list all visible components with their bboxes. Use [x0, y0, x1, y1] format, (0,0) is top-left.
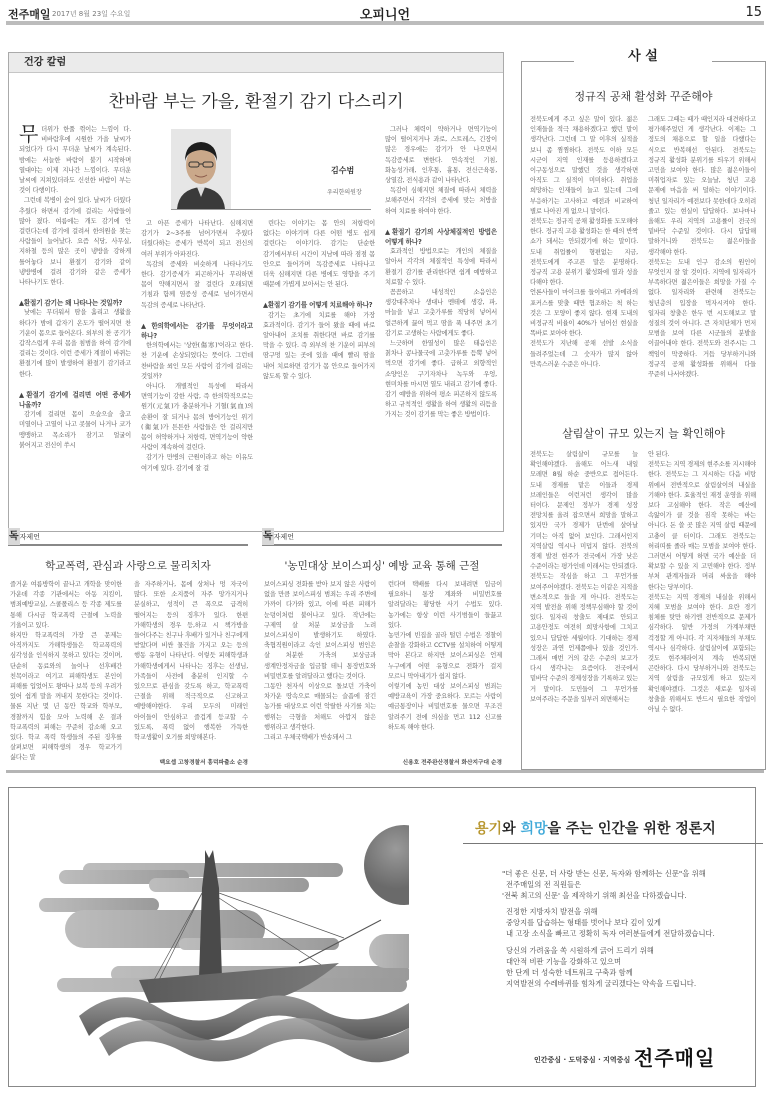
author-photo — [171, 129, 231, 209]
ship-illustration-icon — [9, 788, 409, 1086]
ad-paragraph: "더 좋은 신문, 더 사랑 받는 신문, 독자와 함께하는 신문"을 위해 전… — [502, 868, 762, 901]
reader-2-col-1: 보이스피싱 전화를 받아 보지 않은 사람이 없을 만큼 보이스피싱 범죄는 우… — [264, 580, 376, 766]
reader-2-signature: 신용호 전주완산경찰서 화산지구대 순경 — [380, 757, 502, 766]
health-column-label: 건강 칼럼 — [9, 53, 503, 73]
editorial-2-col-2: 안 된다. 전북도는 지역 경제의 현주소를 지시해야 한다. 전북도는 그 지… — [648, 450, 756, 762]
subheading: ▲환절기 감기를 어떻게 치료해야 하나? — [263, 300, 375, 310]
reader-1-signature: 백요셉 고창경찰서 흥덕파출소 순경 — [134, 757, 248, 766]
editorial-1-col-2: 그래도 그때는 때가 때인지라 대견하다고 평가해주었던 게 생각난다. 이제는… — [648, 115, 756, 415]
masthead-rule — [6, 21, 764, 25]
reader-2-col-2: 런다며 택배를 다시 보내려면 입금이 필요하니 통장 계좌와 비밀번호를 알려… — [388, 580, 502, 756]
editorial-title-1: 정규직 공채 활성화 꾸준해야 — [521, 88, 766, 104]
health-col-3: 린다는 이야기는 몸 안의 저항력이 없다는 이야기며 다른 어떤 병도 쉽게 … — [263, 219, 375, 527]
portrait-icon — [171, 129, 231, 209]
ad-slogan: 인간중심 · 도덕중심 · 지역중심 — [534, 1055, 630, 1065]
reader-column-label: 독자제언 — [262, 528, 502, 546]
ad-headline: 용기와 희망을 주는 인간을 위한 정론지 — [475, 818, 716, 838]
editorial-2-col-1: 전북도는 살림살이 규모를 늘 확인해야겠다. 올해도 어느새 내일 모레면 8… — [530, 450, 638, 762]
health-column: 건강 칼럼 찬바람 부는 가을, 환절기 감기 다스리기 무더위가 한풀 꺾이는… — [8, 52, 504, 532]
ad-logo: 전주매일 — [634, 1042, 715, 1071]
author-rule — [171, 209, 371, 210]
health-col-2: 고 아픈 증세가 나타난다. 심해지면 감기가 2~3주를 넘어가면서 추웠다 … — [141, 219, 253, 527]
editorial-label: 사 설 — [574, 45, 712, 64]
reader-column-title: 학교폭력, 관심과 사랑으로 물리치자 — [8, 558, 248, 573]
subheading: ▲환절기 감기에 걸리면 어떤 증세가 나올까? — [19, 390, 131, 410]
reader-1-col-1: 즐거운 여름방학이 끝나고 개학을 맞이한 가운데 각종 기관에서는 아동 지킴… — [10, 580, 122, 766]
section-rule — [6, 770, 764, 773]
subheading: ▲한의학에서는 감기를 무엇이라고 하나? — [141, 321, 253, 341]
ad-body: "더 좋은 신문, 더 사랑 받는 신문, 독자와 함께하는 신문"을 위해 전… — [502, 868, 762, 994]
editorial-1-col-1: 전북도에게 주고 싶은 말이 있다. 젊은 인재들을 적극 채용하겠다고 했던 … — [530, 115, 638, 415]
author-role: 우리한의원장 — [327, 187, 362, 196]
reader-column-1: 독자제언 학교폭력, 관심과 사랑으로 물리치자 — [8, 528, 248, 573]
reader-column-title: '농민대상 보이스피싱' 예방 교육 통해 근절 — [262, 558, 502, 573]
ad-paragraph: 당신의 가려움을 쏙 시원하게 긁어 드리기 위해 대안적 비판 기능을 강화하… — [502, 945, 762, 989]
ad-paragraph: 진정한 지방자치 발전을 위해 중앙지를 답습하는 형태를 벗어나 보다 깊이 … — [502, 906, 762, 939]
health-column-title: 찬바람 부는 가을, 환절기 감기 다스리기 — [9, 87, 503, 112]
page-number: 15 — [745, 5, 762, 20]
reader-1-col-2: 을 자주하거나, 몸에 상처나 멍 자국이 많다. 또한 소지품이 자주 망가지… — [134, 580, 248, 756]
author-name: 김수범 — [331, 165, 354, 176]
health-col-4: 그러나 체력이 약하거나 면역기능이 많이 떨어지거나 과로, 스트레스, 긴장… — [385, 125, 497, 525]
dropcap: 무 — [19, 125, 38, 143]
reader-column-label: 독자제언 — [8, 528, 248, 546]
reader-column-2: 독자제언 '농민대상 보이스피싱' 예방 교육 통해 근절 — [262, 528, 502, 573]
health-col-1: 무더위가 한풀 꺾이는 느낌이 다. 비바람후에 시원한 가을 날씨가 되었다가… — [19, 125, 131, 525]
subheading: ▲환절기 감기의 사상체질적인 방법은 어떻게 하나? — [385, 227, 497, 247]
ad-rule — [463, 843, 763, 844]
subheading: ▲환절기 감기는 왜 나타나는 것일까? — [19, 298, 131, 308]
